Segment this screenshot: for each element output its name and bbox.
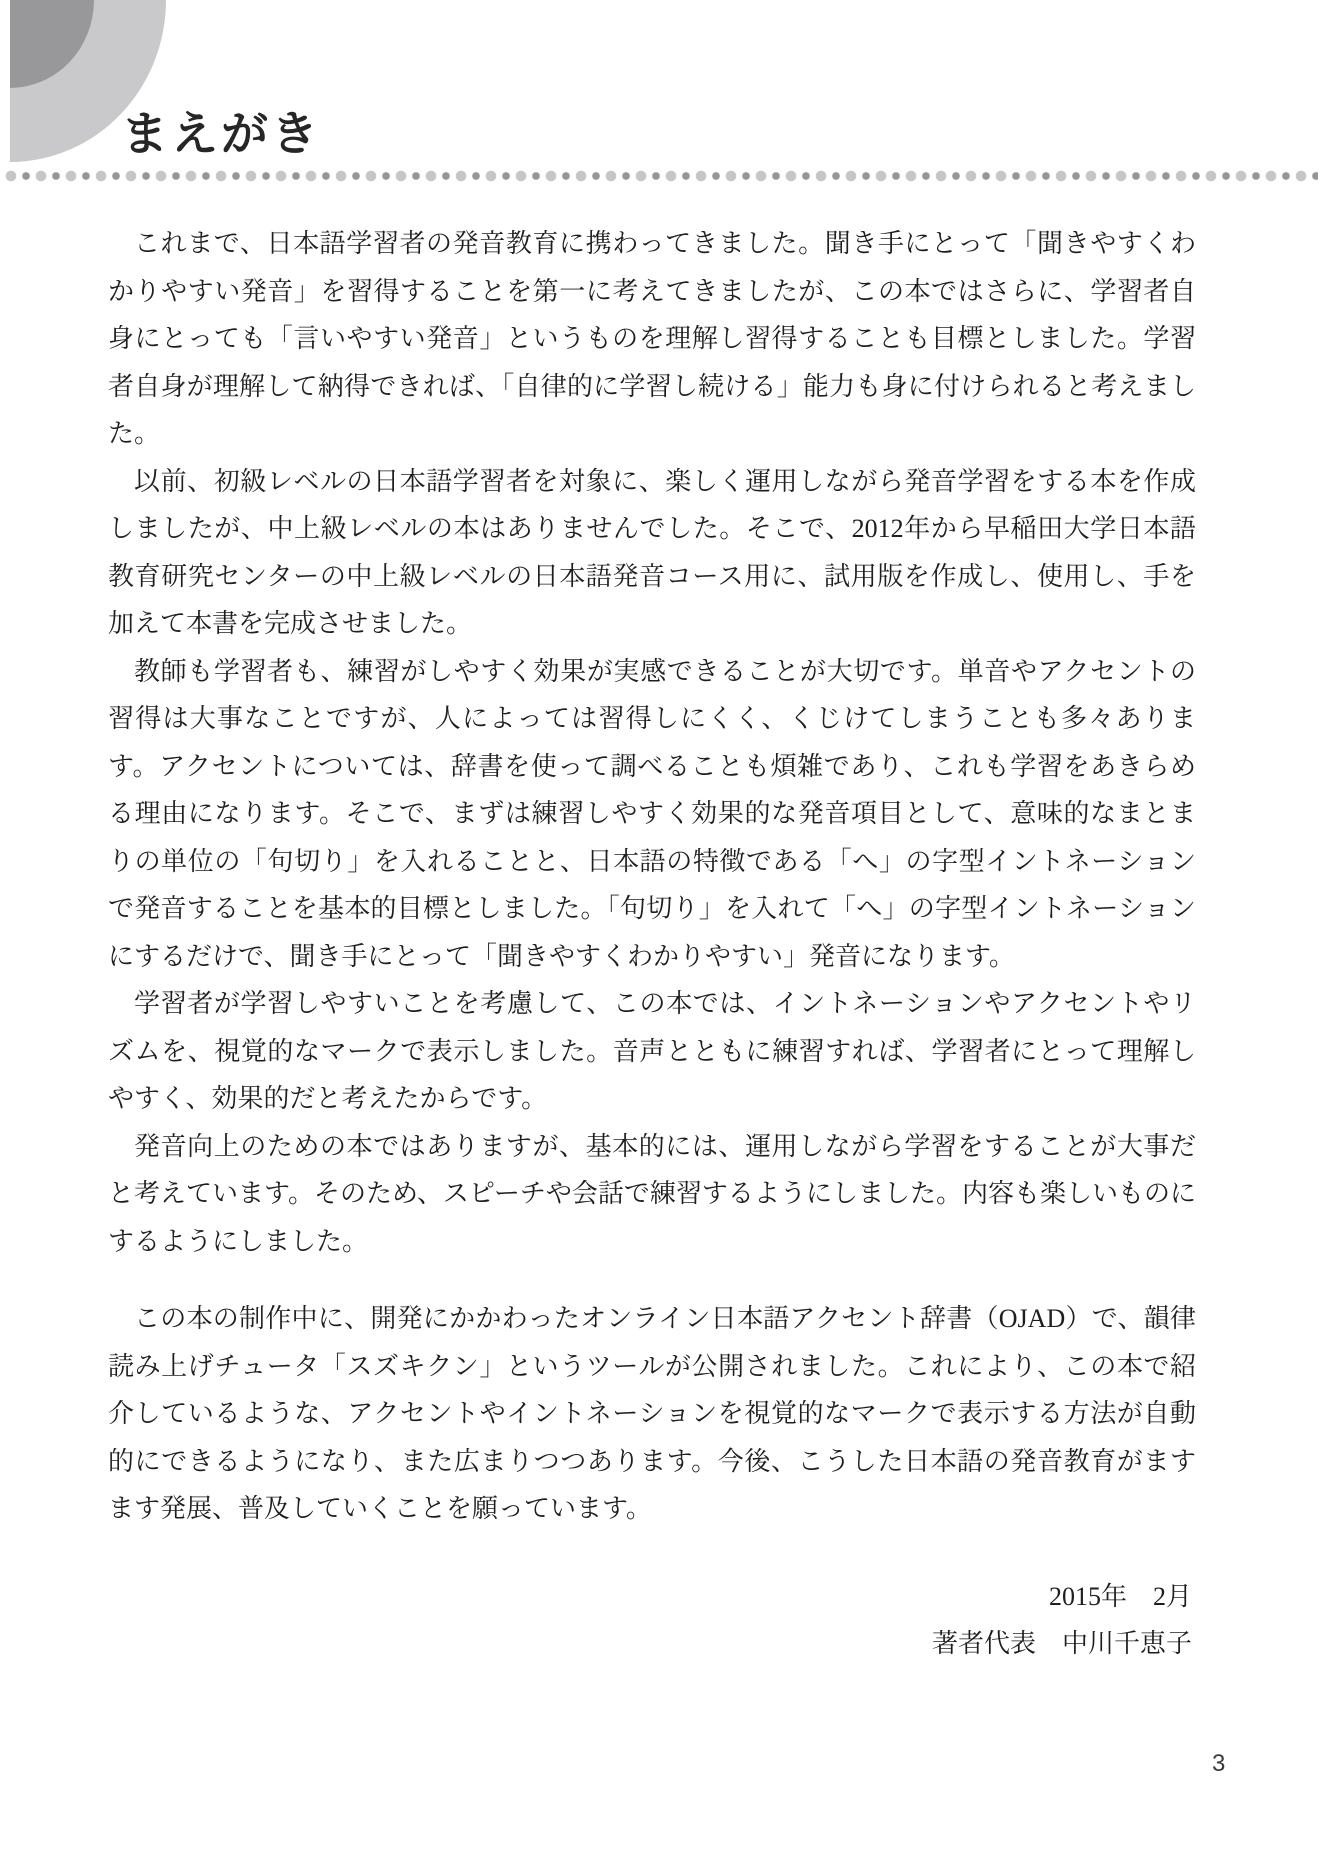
page-number: 3: [1212, 1750, 1225, 1778]
closing-date: 2015年 2月: [108, 1573, 1192, 1620]
preface-page: まえがき これまで、日本語学習者の発音教育に携わってきました。聞き手にとって「聞…: [0, 0, 1318, 1849]
preface-body: これまで、日本語学習者の発音教育に携わってきました。聞き手にとって「聞きやすくわ…: [108, 220, 1196, 1667]
paragraph: 学習者が学習しやすいことを考慮して、この本では、イントネーションやアクセントやリ…: [108, 980, 1196, 1123]
closing-block: 2015年 2月 著者代表 中川千恵子: [108, 1573, 1196, 1667]
paragraph-final: この本の制作中に、開発にかかわったオンライン日本語アクセント辞書（OJAD）で、…: [108, 1295, 1196, 1533]
paragraph: 発音向上のための本ではありますが、基本的には、運用しながら学習をすることが大事だ…: [108, 1123, 1196, 1266]
paragraph: 教師も学習者も、練習がしやすく効果が実感できることが大切です。単音やアクセントの…: [108, 648, 1196, 981]
paragraph: 以前、初級レベルの日本語学習者を対象に、楽しく運用しながら発音学習をする本を作成…: [108, 458, 1196, 648]
closing-author: 著者代表 中川千恵子: [108, 1620, 1192, 1667]
paragraph: これまで、日本語学習者の発音教育に携わってきました。聞き手にとって「聞きやすくわ…: [108, 220, 1196, 458]
page-title: まえがき: [121, 110, 321, 157]
dotted-divider: [4, 169, 1318, 183]
